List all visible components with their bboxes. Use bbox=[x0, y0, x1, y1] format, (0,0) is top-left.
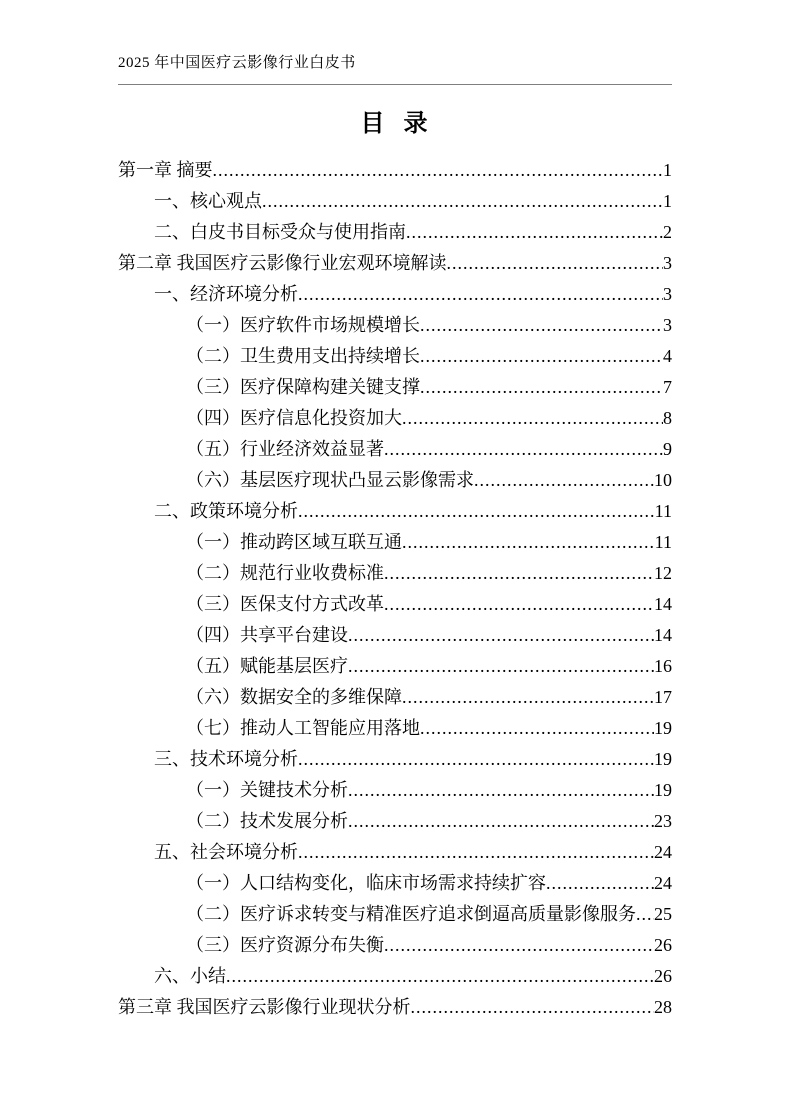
toc-entry-page: 16 bbox=[654, 651, 672, 682]
toc-entry-page: 24 bbox=[654, 837, 672, 868]
toc-entry-label: （二）医疗诉求转变与精准医疗追求倒逼高质量影像服务 bbox=[186, 899, 636, 930]
toc-entry[interactable]: 一、核心观点 1 bbox=[118, 186, 672, 217]
toc-entry-label: 六、小结 bbox=[154, 961, 226, 992]
toc-entry-label: （一）医疗软件市场规模增长 bbox=[186, 310, 420, 341]
toc-dot-leader bbox=[298, 744, 654, 775]
toc-entry-page: 11 bbox=[655, 496, 672, 527]
toc-dot-leader bbox=[546, 868, 654, 899]
toc-entry-label: （一）人口结构变化，临床市场需求持续扩容 bbox=[186, 868, 546, 899]
toc-entry[interactable]: （五）行业经济效益显著 9 bbox=[118, 434, 672, 465]
toc-entry[interactable]: 三、技术环境分析 19 bbox=[118, 744, 672, 775]
running-header: 2025 年中国医疗云影像行业白皮书 bbox=[118, 54, 672, 73]
toc-dot-leader bbox=[384, 930, 654, 961]
toc-dot-leader bbox=[411, 992, 655, 1023]
toc-entry-page: 14 bbox=[654, 589, 672, 620]
toc-dot-leader bbox=[384, 558, 654, 589]
toc-dot-leader bbox=[384, 589, 654, 620]
toc-entry[interactable]: 二、政策环境分析 11 bbox=[118, 496, 672, 527]
toc-entry[interactable]: （二）技术发展分析 23 bbox=[118, 806, 672, 837]
toc-entry-label: （二）规范行业收费标准 bbox=[186, 558, 384, 589]
toc-entry-page: 28 bbox=[654, 992, 672, 1023]
toc-entry[interactable]: （四）共享平台建设 14 bbox=[118, 620, 672, 651]
toc-entry-page: 19 bbox=[654, 744, 672, 775]
toc-dot-leader bbox=[420, 310, 663, 341]
toc-entry-label: 一、核心观点 bbox=[154, 186, 262, 217]
toc-entry-page: 25 bbox=[654, 899, 672, 930]
toc-entry-page: 12 bbox=[654, 558, 672, 589]
toc-entry-page: 7 bbox=[663, 372, 672, 403]
toc-entry-label: （六）数据安全的多维保障 bbox=[186, 682, 402, 713]
toc-entry[interactable]: 第二章 我国医疗云影像行业宏观环境解读 3 bbox=[118, 248, 672, 279]
toc-entry-page: 11 bbox=[655, 527, 672, 558]
toc-entry-page: 24 bbox=[654, 868, 672, 899]
toc-list: 第一章 摘要 1 一、核心观点 1 二、白皮书目标受众与使用指南 2 第二章 我… bbox=[118, 155, 672, 1023]
toc-dot-leader bbox=[298, 496, 655, 527]
toc-dot-leader bbox=[348, 620, 654, 651]
toc-entry[interactable]: （二）医疗诉求转变与精准医疗追求倒逼高质量影像服务 25 bbox=[118, 899, 672, 930]
toc-entry[interactable]: （三）医疗保障构建关键支撑 7 bbox=[118, 372, 672, 403]
toc-entry-label: 第一章 摘要 bbox=[118, 155, 213, 186]
toc-entry[interactable]: （五）赋能基层医疗 16 bbox=[118, 651, 672, 682]
toc-entry-label: （二）技术发展分析 bbox=[186, 806, 348, 837]
toc-dot-leader bbox=[636, 899, 654, 930]
toc-entry-label: （五）赋能基层医疗 bbox=[186, 651, 348, 682]
toc-entry[interactable]: （七）推动人工智能应用落地 19 bbox=[118, 713, 672, 744]
header-divider bbox=[118, 84, 672, 85]
toc-entry-page: 23 bbox=[654, 806, 672, 837]
toc-entry-label: （一）关键技术分析 bbox=[186, 775, 348, 806]
toc-dot-leader bbox=[348, 775, 654, 806]
toc-entry[interactable]: （二）规范行业收费标准 12 bbox=[118, 558, 672, 589]
toc-entry-label: （七）推动人工智能应用落地 bbox=[186, 713, 420, 744]
toc-entry-label: （六）基层医疗现状凸显云影像需求 bbox=[186, 465, 474, 496]
toc-entry[interactable]: （四）医疗信息化投资加大 8 bbox=[118, 403, 672, 434]
toc-dot-leader bbox=[226, 961, 654, 992]
toc-entry-label: （四）医疗信息化投资加大 bbox=[186, 403, 402, 434]
toc-entry[interactable]: （六）基层医疗现状凸显云影像需求 10 bbox=[118, 465, 672, 496]
toc-entry[interactable]: 二、白皮书目标受众与使用指南 2 bbox=[118, 217, 672, 248]
toc-dot-leader bbox=[420, 341, 663, 372]
toc-dot-leader bbox=[447, 248, 664, 279]
toc-entry-page: 4 bbox=[663, 341, 672, 372]
toc-entry[interactable]: （一）医疗软件市场规模增长 3 bbox=[118, 310, 672, 341]
toc-entry-label: 二、白皮书目标受众与使用指南 bbox=[154, 217, 406, 248]
toc-entry-page: 10 bbox=[654, 465, 672, 496]
toc-entry-page: 3 bbox=[663, 310, 672, 341]
toc-entry-page: 17 bbox=[654, 682, 672, 713]
toc-entry-page: 1 bbox=[663, 186, 672, 217]
toc-entry-label: 一、经济环境分析 bbox=[154, 279, 298, 310]
toc-dot-leader bbox=[213, 155, 664, 186]
toc-title: 目 录 bbox=[118, 109, 672, 139]
toc-entry-label: 第三章 我国医疗云影像行业现状分析 bbox=[118, 992, 411, 1023]
toc-dot-leader bbox=[406, 217, 663, 248]
toc-entry[interactable]: 第一章 摘要 1 bbox=[118, 155, 672, 186]
toc-entry-label: （四）共享平台建设 bbox=[186, 620, 348, 651]
toc-dot-leader bbox=[474, 465, 654, 496]
toc-entry-label: （二）卫生费用支出持续增长 bbox=[186, 341, 420, 372]
toc-entry-label: （五）行业经济效益显著 bbox=[186, 434, 384, 465]
toc-entry[interactable]: 六、小结 26 bbox=[118, 961, 672, 992]
toc-dot-leader bbox=[402, 403, 663, 434]
toc-entry-page: 3 bbox=[663, 248, 672, 279]
toc-dot-leader bbox=[402, 527, 655, 558]
toc-entry-label: （三）医疗资源分布失衡 bbox=[186, 930, 384, 961]
toc-entry-label: （三）医保支付方式改革 bbox=[186, 589, 384, 620]
toc-entry-page: 1 bbox=[663, 155, 672, 186]
toc-dot-leader bbox=[348, 806, 654, 837]
toc-dot-leader bbox=[298, 837, 654, 868]
toc-entry[interactable]: （二）卫生费用支出持续增长 4 bbox=[118, 341, 672, 372]
toc-entry[interactable]: （一）关键技术分析 19 bbox=[118, 775, 672, 806]
toc-entry-label: 第二章 我国医疗云影像行业宏观环境解读 bbox=[118, 248, 447, 279]
toc-dot-leader bbox=[420, 713, 654, 744]
toc-entry[interactable]: （一）人口结构变化，临床市场需求持续扩容 24 bbox=[118, 868, 672, 899]
toc-dot-leader bbox=[402, 682, 654, 713]
toc-entry-label: 五、社会环境分析 bbox=[154, 837, 298, 868]
toc-entry-page: 26 bbox=[654, 961, 672, 992]
toc-entry-page: 3 bbox=[663, 279, 672, 310]
toc-dot-leader bbox=[384, 434, 663, 465]
toc-entry-page: 2 bbox=[663, 217, 672, 248]
toc-entry[interactable]: （三）医疗资源分布失衡 26 bbox=[118, 930, 672, 961]
document-page: 2025 年中国医疗云影像行业白皮书 目 录 第一章 摘要 1 一、核心观点 1… bbox=[0, 0, 790, 1117]
toc-entry-label: 三、技术环境分析 bbox=[154, 744, 298, 775]
toc-entry-label: 二、政策环境分析 bbox=[154, 496, 298, 527]
toc-entry[interactable]: （一）推动跨区域互联互通 11 bbox=[118, 527, 672, 558]
toc-dot-leader bbox=[262, 186, 663, 217]
toc-entry-page: 26 bbox=[654, 930, 672, 961]
toc-entry-page: 9 bbox=[663, 434, 672, 465]
toc-entry-page: 14 bbox=[654, 620, 672, 651]
toc-dot-leader bbox=[348, 651, 654, 682]
toc-entry-label: （一）推动跨区域互联互通 bbox=[186, 527, 402, 558]
toc-entry[interactable]: 第三章 我国医疗云影像行业现状分析 28 bbox=[118, 992, 672, 1023]
toc-dot-leader bbox=[420, 372, 663, 403]
toc-entry-page: 19 bbox=[654, 713, 672, 744]
toc-entry[interactable]: （六）数据安全的多维保障 17 bbox=[118, 682, 672, 713]
toc-entry-page: 8 bbox=[663, 403, 672, 434]
toc-entry-page: 19 bbox=[654, 775, 672, 806]
toc-entry[interactable]: 一、经济环境分析 3 bbox=[118, 279, 672, 310]
toc-entry-label: （三）医疗保障构建关键支撑 bbox=[186, 372, 420, 403]
toc-dot-leader bbox=[298, 279, 663, 310]
toc-entry[interactable]: 五、社会环境分析 24 bbox=[118, 837, 672, 868]
toc-entry[interactable]: （三）医保支付方式改革 14 bbox=[118, 589, 672, 620]
